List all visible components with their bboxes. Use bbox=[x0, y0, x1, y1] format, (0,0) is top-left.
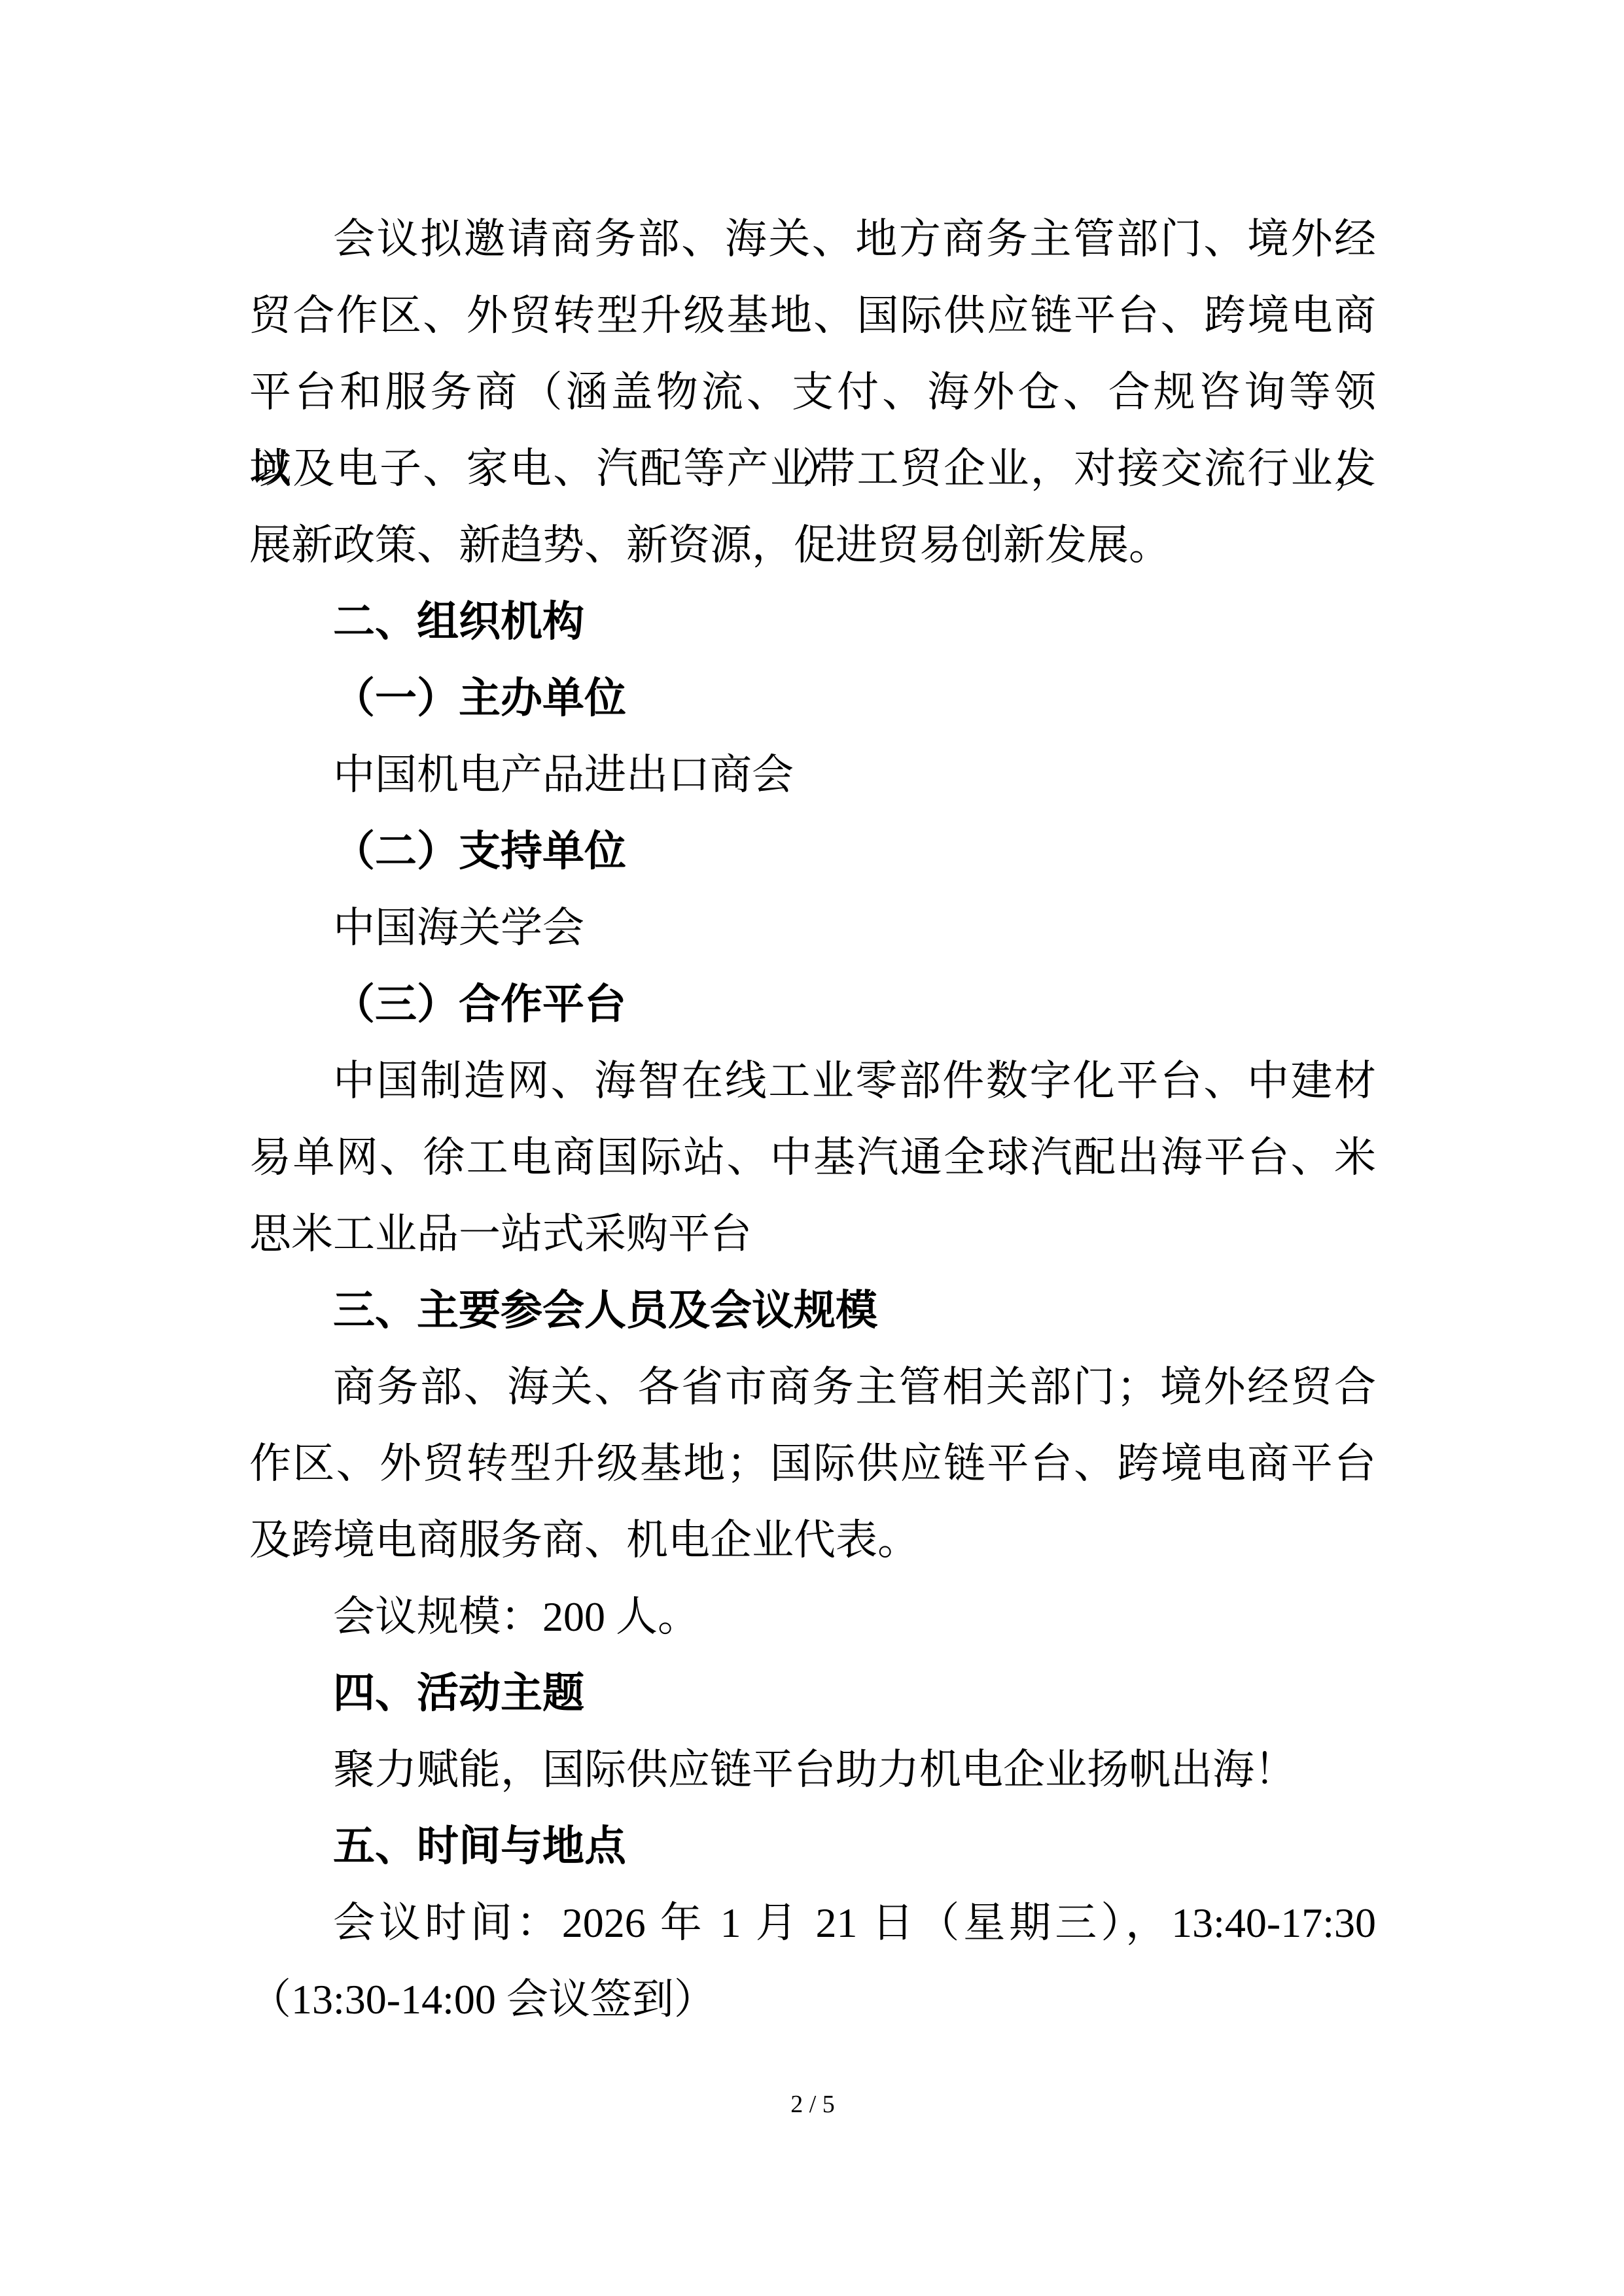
paragraph-line: 思米工业品一站式采购平台 bbox=[249, 1196, 1376, 1272]
paragraph-line: 易单网、徐工电商国际站、中基汽通全球汽配出海平台、米 bbox=[249, 1119, 1376, 1196]
paragraph-line: 中国海关学会 bbox=[249, 890, 1376, 966]
subheading-support-unit: （二）支持单位 bbox=[249, 813, 1376, 890]
paragraph-line: 平台和服务商（涵盖物流、支付、海外仓、合规咨询等领域）， bbox=[249, 354, 1376, 430]
document-body: 会议拟邀请商务部、海关、地方商务主管部门、境外经 贸合作区、外贸转型升级基地、国… bbox=[249, 201, 1376, 2038]
heading-time-and-place: 五、时间与地点 bbox=[249, 1808, 1376, 1885]
paragraph-line: 会议时间：2026 年 1 月 21 日（星期三），13:40-17:30 bbox=[249, 1885, 1376, 1961]
paragraph-line: 中国机电产品进出口商会 bbox=[249, 737, 1376, 813]
paragraph-line: 中国制造网、海智在线工业零部件数字化平台、中建材 bbox=[249, 1043, 1376, 1119]
paragraph-line: 会议规模：200 人。 bbox=[249, 1578, 1376, 1655]
paragraph-line: 及跨境电商服务商、机电企业代表。 bbox=[249, 1502, 1376, 1578]
paragraph-line: 贸合作区、外贸转型升级基地、国际供应链平台、跨境电商 bbox=[249, 277, 1376, 354]
paragraph-line: 以及电子、家电、汽配等产业带工贸企业，对接交流行业发 bbox=[249, 430, 1376, 507]
document-page: 会议拟邀请商务部、海关、地方商务主管部门、境外经 贸合作区、外贸转型升级基地、国… bbox=[0, 0, 1624, 2296]
subheading-host-unit: （一）主办单位 bbox=[249, 660, 1376, 737]
paragraph-line: 商务部、海关、各省市商务主管相关部门；境外经贸合 bbox=[249, 1349, 1376, 1425]
heading-attendees-and-scale: 三、主要参会人员及会议规模 bbox=[249, 1272, 1376, 1349]
heading-organization: 二、组织机构 bbox=[249, 583, 1376, 660]
paragraph-line: 聚力赋能，国际供应链平台助力机电企业扬帆出海！ bbox=[249, 1731, 1376, 1808]
paragraph-line: 作区、外贸转型升级基地；国际供应链平台、跨境电商平台 bbox=[249, 1425, 1376, 1502]
paragraph-line: 会议拟邀请商务部、海关、地方商务主管部门、境外经 bbox=[249, 201, 1376, 277]
paragraph-line: 展新政策、新趋势、新资源，促进贸易创新发展。 bbox=[249, 507, 1376, 583]
paragraph-line: （13:30-14:00 会议签到） bbox=[249, 1961, 1376, 2038]
page-number: 2 / 5 bbox=[249, 2089, 1376, 2119]
subheading-cooperation-platform: （三）合作平台 bbox=[249, 966, 1376, 1043]
heading-theme: 四、活动主题 bbox=[249, 1655, 1376, 1731]
